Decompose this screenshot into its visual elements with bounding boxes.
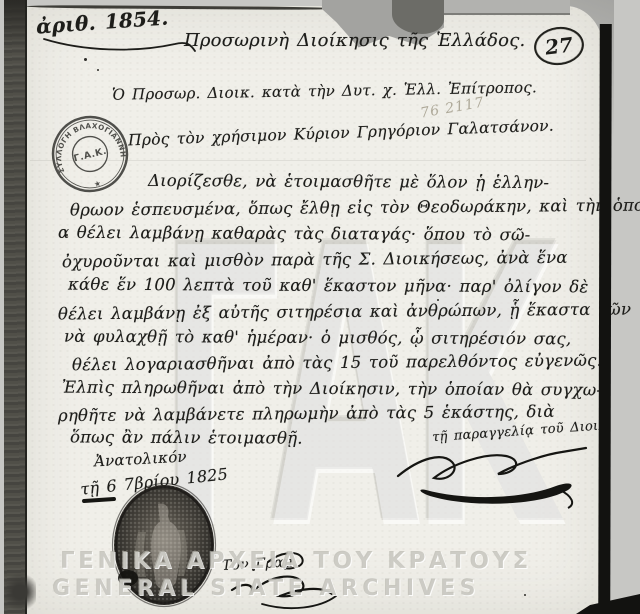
scan-left-edge [4, 0, 27, 614]
scan-edge-smudge [4, 570, 36, 614]
archive-number-flourish [28, 6, 198, 54]
stamp-star-icon: ★ [93, 179, 102, 189]
ink-speck [84, 58, 87, 61]
ink-speck [437, 299, 439, 301]
body-line: νὰ φυλαχθῇ τὸ καθ' ἡμέραν· ὁ μισθός, ᾧ σ… [64, 327, 571, 349]
body-line: ὅπως ἂν πάλιν ἑτοιμασθῇ. [70, 427, 303, 447]
body-line: κάθε ἕν 100 λεπτὰ τοῦ καθ' ἕκαστον μῆνα·… [68, 275, 589, 297]
document-heading: Προσωρινὴ Διοίκησις τῆς Ἑλλάδος. [184, 30, 525, 51]
body-line: Διορίζεσθε, νὰ ἑτοιμασθῆτε μὲ ὅλον ᾑ ἑλλ… [148, 171, 549, 192]
archives-watermark-english: GENERAL STATE ARCHIVES [52, 576, 480, 601]
document-scan: ΓΑΚ ἀριθ. 1854. Προσωρινὴ Διοίκησις τῆς … [0, 0, 640, 614]
svg-text:ΣΥΛΛΟΓΗ ΒΛΑΧΟΓΙΑΝΝΗ: ΣΥΛΛΟΓΗ ΒΛΑΧΟΓΙΑΝΝΗ [50, 114, 129, 175]
ink-speck [97, 69, 99, 71]
collection-stamp: ΣΥΛΛΟΓΗ ΒΛΑΧΟΓΙΑΝΝΗ Γ.Α.Κ. ★ [50, 114, 130, 194]
archives-watermark-greek: ΓΕΝΙΚΑ ΑΡΧΕΙΑ ΤΟΥ ΚΡΑΤΟΥΣ [60, 548, 532, 574]
folio-number: 27 [544, 32, 575, 59]
signature-right-flourish [390, 438, 600, 513]
stamp-center-text: Γ.Α.Κ. [73, 146, 108, 165]
ink-speck [524, 594, 526, 596]
scan-top-band [438, 0, 570, 15]
body-line: α θέλει λαμβάνῃ καθαρὰς τὰς διαταγάς· ὅπ… [58, 223, 531, 244]
scan-right-border [598, 24, 612, 614]
ink-speck [66, 234, 68, 236]
stamp-ring-text: ΣΥΛΛΟΓΗ ΒΛΑΧΟΓΙΑΝΝΗ [50, 114, 129, 175]
body-line: Ἐλπὶς πληρωθῆναι ἀπὸ τὴν Διοίκησιν, τὴν … [62, 378, 602, 400]
